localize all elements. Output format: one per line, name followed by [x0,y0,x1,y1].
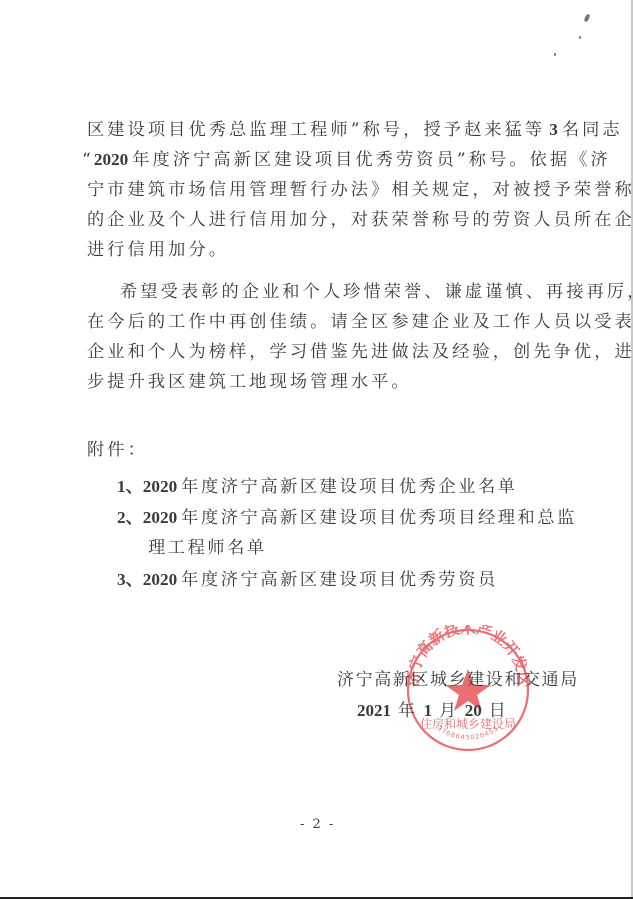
scan-speck [579,36,581,39]
body-line: 在今后的工作中再创佳绩。请全区参建企业及工作人员以受表彰 [87,307,553,337]
document-page: 区建设项目优秀总监理工程师”称号，授予赵来猛等3名同志 “2020年度济宁高新区… [0,0,633,899]
attachment-item: 3、2020年度济宁高新区建设项目优秀劳资员 [117,565,583,595]
page-number: - 2 - [300,817,335,832]
body-line: 的企业及个人进行信用加分，对获荣誉称号的劳资人员所在企业 [87,205,553,235]
body-line: 希望受表彰的企业和个人珍惜荣誉、谦虚谨慎、再接再厉， [120,277,553,307]
attachments-label: 附件： [87,435,553,465]
scan-speck [554,53,556,56]
body-line: 企业和个人为榜样，学习借鉴先进做法及经验，创先争优，进一 [87,337,553,367]
attachment-item-continuation: 理工程师名单 [148,533,614,563]
signature-date: 2021 年 1 月 20 日 [357,696,507,726]
attachment-item: 1、2020年度济宁高新区建设项目优秀企业名单 [117,472,583,502]
body-line: 进行信用加分。 [87,235,553,265]
scan-speck [583,14,590,23]
body-line: 区建设项目优秀总监理工程师”称号，授予赵来猛等3名同志 [87,115,553,145]
body-line: 步提升我区建筑工地现场管理水平。 [87,367,553,397]
body-line: “2020年度济宁高新区建设项目优秀劳资员”称号。依据《济 [82,145,553,175]
signature-org: 济宁高新区城乡建设和交通局 [337,665,579,695]
body-line: 宁市建筑市场信用管理暂行办法》相关规定，对被授予荣誉称号 [87,175,553,205]
attachment-item: 2、2020年度济宁高新区建设项目优秀项目经理和总监 [117,503,583,533]
